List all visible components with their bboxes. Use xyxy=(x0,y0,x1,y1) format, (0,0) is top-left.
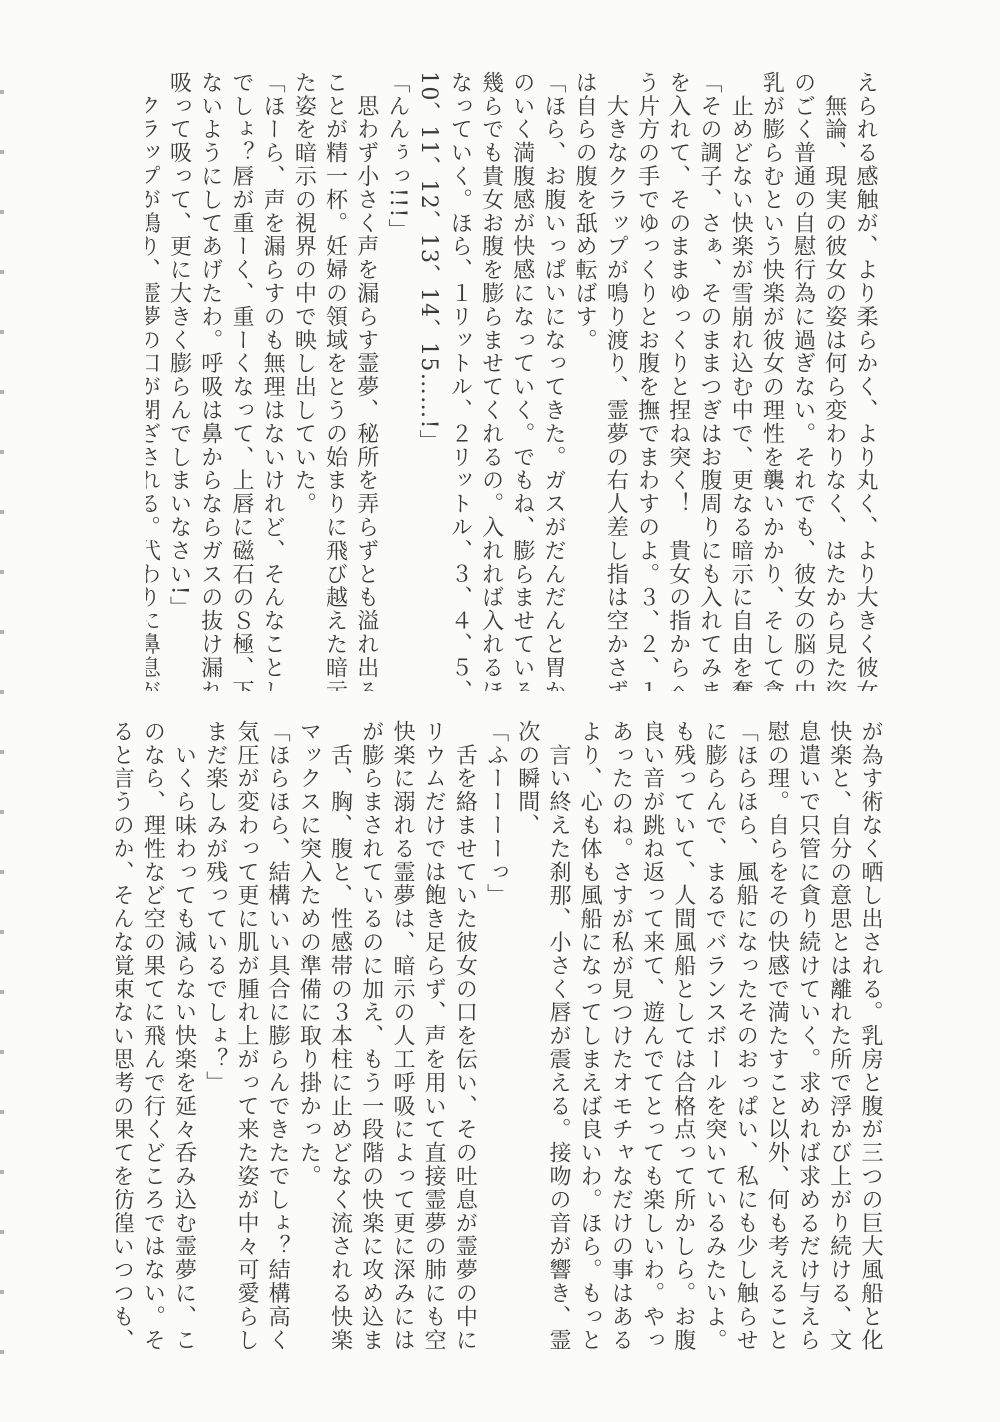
text-line: クラップが鳴り、霊夢の口が閉ざされる。代わりに鼻息が荒くなる。霊夢の両手はも xyxy=(146,71,163,691)
text-line: が為す術なく晒し出される。乳房と腹が三つの巨大風船と化した彼女は、膨らみ続ける xyxy=(855,720,886,1350)
text-line: た姿を暗示の視界の中で映し出していた。 xyxy=(288,71,319,691)
text-line: 吸って吸って、更に大きく膨らんでしまいなさい!」 xyxy=(163,71,194,691)
bottom-text-column: が為す術なく晒し出される。乳房と腹が三つの巨大風船と化した彼女は、膨らみ続ける快… xyxy=(116,720,886,1350)
text-line: 10、11、12、13、14、15……!」 xyxy=(413,71,444,691)
text-line: でしょ？唇が重ーく、重ーくなって、上唇に磁石のＳ極、下唇にＮ極を加えてもう離れ xyxy=(226,71,257,691)
text-line: 快楽と、自分の意思とは離れた所で浮かび上がり続ける、文字通りの高揚感を品の無い xyxy=(824,720,855,1350)
text-line: 「ほらほら、結構いい具合に膨らんできたでしょ？結構高くまで上がってきたけれど、 xyxy=(262,720,293,1350)
text-line: 息遣いで只管に貪り続けていく。求めれば求めるだけ与えられる快楽は、まるで猿の自 xyxy=(792,720,823,1350)
text-line: う片方の手でゆっくりとお腹を撫でまわすのよ。３、２、１、はい!!」 xyxy=(631,71,662,691)
text-line: 気圧が変わって更に肌が腫れ上がって来た姿が中々可愛らしいじゃないの。でも、まだ xyxy=(231,720,262,1350)
text-line: 舌、胸、腹と、性感帯の３本柱に止めどなく流される快楽の気体が、いよいよクライ xyxy=(324,720,355,1350)
top-text-column: えられる感触が、より柔らかく、より丸く、より大きく彼女の乳房を膨らませていく。 … xyxy=(146,71,881,691)
text-line: ことが精一杯。妊婦の領域をとうの始まりに飛び越えた暗示の風船腹は、現実を超越し xyxy=(319,71,350,691)
text-line: 舌を絡ませていた彼女の口を伝い、その吐息が霊夢の中に入り込む。彼女は暗示のヘ xyxy=(449,720,480,1350)
text-line: まだ楽しみが残っているでしょ？」 xyxy=(200,720,231,1350)
text-line: 大きなクラップが鳴り渡り、霊夢の右人差し指は空かさず己の臍めがけ突進し、左手 xyxy=(600,71,631,691)
text-line: のなら、理性など空の果てに飛んで行くどころではない。それなのに、更に暗示を加え xyxy=(137,720,168,1350)
text-line: 良い音が跳ね返って来て、遊んでてとっても楽しいわ。やっぱりあなたは風船の才能が xyxy=(636,720,667,1350)
text-line: に膨らんで、まるでバランスボールを突いているみたいよ。でも、しっとりと肌の質感 xyxy=(699,720,730,1350)
scan-edge-marks xyxy=(0,60,4,1360)
text-line: のいく満腹感が快感になっていく。でもね、膨らませているのは食べ物じゃないから、 xyxy=(507,71,538,691)
text-line: 無論、現実の彼女の姿は何ら変わりなく、はたから見た姿は、自らの乳房を弄るだけ xyxy=(819,71,850,691)
text-line: リウムだけでは飽き足らず、声を用いて直接霊夢の肺にも空気を送り込む。 xyxy=(418,720,449,1350)
text-line: は自らの腹を舐め転ばす。 xyxy=(569,71,600,691)
text-line: 次の瞬間、 xyxy=(512,720,543,1350)
text-line: いくら味わっても減らない快楽を延々呑み込む霊夢に、これ以上の快楽を与えようも xyxy=(168,720,199,1350)
text-line: なっていく。ほら、１リットル、２リットル、３、４、５、６、７、８、９、 xyxy=(444,71,475,691)
text-line: 「ふーーーーっ」 xyxy=(480,720,511,1350)
text-line: 「ほらほら、風船になったそのおっぱい、私にも少し触らせなさいよ。ほら、パンパン xyxy=(730,720,761,1350)
text-line: のごく普通の自慰行為に過ぎない。それでも、彼女の脳の中では、今までに無い自らの xyxy=(787,71,818,691)
text-line: えられる感触が、より柔らかく、より丸く、より大きく彼女の乳房を膨らませていく。 xyxy=(850,71,881,691)
text-line: 思わず小さく声を漏らす霊夢、秘所を弄らずとも溢れ出る快感に、身体はついていく xyxy=(351,71,382,691)
text-line: 快楽に溺れる霊夢は、暗示の人工呼吸によって更に深みにはまり込む、ただでさえ全身 xyxy=(387,720,418,1350)
text-line: を入れて、そのままゆっくりと捏ね突く！ 貴女の指からヘリウムが噴射されるから、も xyxy=(663,71,694,691)
text-line: が膨らまされているのに加え、もう一段階の快楽に攻め込まれる事となる xyxy=(356,720,387,1350)
text-line: 言い終えた刹那、小さく唇が震える。接吻の音が響き、霊夢の舌を曲げ交わす。その xyxy=(543,720,574,1350)
text-line: 「ほら、お腹いっぱいになってきた。ガスがだんだんと胃から腸から満たされて、満足 xyxy=(538,71,569,691)
text-line: 「んんぅっ!!!」 xyxy=(382,71,413,691)
text-line: 慰の理。自らをその快感で満たすこと以外、何も考えることなどできなかった。 xyxy=(761,720,792,1350)
text-line: ると言うのか、そんな覚束ない思考の果てを彷徨いつつも、霊夢は耳を傾ける。 xyxy=(116,720,137,1350)
text-line: も残っていて、人間風船としては合格点って所かしら。お腹もポンポンと叩くと小気味 xyxy=(668,720,699,1350)
text-line: 「その調子、さぁ、そのままつぎはお腹周りにも入れてみましょうか。ほら。お臍に指 xyxy=(694,71,725,691)
text-line: 乳が膨らむという快楽が彼女の理性を襲いかかり、そして貪り尽くそうとしていた。 xyxy=(756,71,787,691)
manuscript-page: えられる感触が、より柔らかく、より丸く、より大きく彼女の乳房を膨らませていく。 … xyxy=(0,0,1000,1422)
text-line: より、心も体も風船になってしまえば良いわ。ほら。もっと気持ちよく、してあげる」 xyxy=(574,720,605,1350)
text-line: 止めどない快楽が雪崩れ込む中で、更なる暗示に自由を奪われる。 xyxy=(725,71,756,691)
text-line: 「ほーら、声を漏らすのも無理はないけれど、そんなことしたらガスが抜けて勿体ない xyxy=(257,71,288,691)
text-line: マックスに突入ための準備に取り掛かった。 xyxy=(293,720,324,1350)
text-line: あったのね。さすが私が見つけたオモチャなだけの事はあるわ。もう人間としての尊厳 xyxy=(605,720,636,1350)
text-line: ないようにしてあげたわ。呼吸は鼻からならガスの抜け漏れも少ないから、そのまま xyxy=(195,71,226,691)
text-line: 幾らでも貴女お腹を膨らませてくれるの。入れれば入れるほど、気持ち良さも大きく xyxy=(475,71,506,691)
